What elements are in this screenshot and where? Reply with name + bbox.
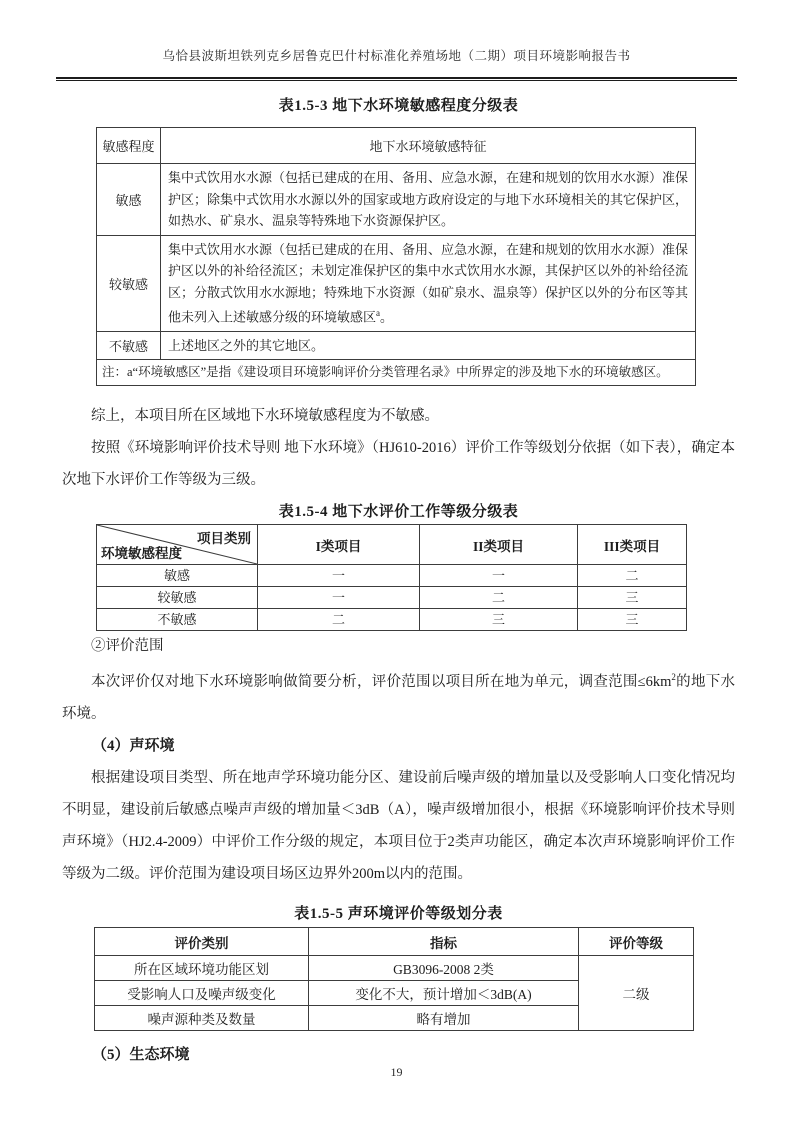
table-row: 敏感 一 一 二	[97, 565, 687, 587]
table-footnote: 注：a“环境敏感区”是指《建设项目环境影响评价分类管理名录》中所界定的涉及地下水…	[97, 360, 696, 386]
table-row: 注：a“环境敏感区”是指《建设项目环境影响评价分类管理名录》中所界定的涉及地下水…	[97, 360, 696, 386]
column-header-sensitivity-feature: 地下水环境敏感特征	[161, 128, 696, 164]
column-header-sensitivity-level: 敏感程度	[97, 128, 161, 164]
table-row: 较敏感 集中式饮用水水源（包括已建成的在用、备用、应急水源，在建和规划的饮用水水…	[97, 235, 696, 331]
grade-value: 二	[578, 565, 687, 587]
cell-level-sensitive: 敏感	[97, 164, 161, 236]
page-number: 19	[0, 1065, 793, 1080]
page-content: 表1.5-3 地下水环境敏感程度分级表 敏感程度 地下水环境敏感特征 敏感 集中…	[0, 94, 793, 1071]
grade-value: 二	[420, 587, 578, 609]
column-header-class-3: III类项目	[578, 525, 687, 565]
grade-value: 二	[258, 609, 420, 631]
table-153-title: 表1.5-3 地下水环境敏感程度分级表	[62, 94, 735, 115]
column-header-class-2: II类项目	[420, 525, 578, 565]
table-row: 敏感 集中式饮用水水源（包括已建成的在用、备用、应急水源，在建和规划的饮用水水源…	[97, 164, 696, 236]
table-row: 不敏感 上述地区之外的其它地区。	[97, 331, 696, 360]
grade-value: 一	[420, 565, 578, 587]
desc-text: 集中式饮用水水源（包括已建成的在用、备用、应急水源，在建和规划的饮用水水源）准保…	[168, 242, 688, 325]
grade-value: 三	[420, 609, 578, 631]
table-row: 较敏感 一 二 三	[97, 587, 687, 609]
column-header-grade: 评价等级	[579, 928, 694, 956]
grade-value: 一	[258, 565, 420, 587]
heading-acoustic-environment: （4）声环境	[62, 730, 735, 762]
table-154-title: 表1.5-4 地下水评价工作等级分级表	[62, 500, 735, 521]
paragraph-noise-grading: 根据建设项目类型、所在地声学环境功能分区、建设前后噪声级的增加量以及受影响人口变…	[62, 762, 735, 890]
cell-desc-less-sensitive: 集中式饮用水水源（包括已建成的在用、备用、应急水源，在建和规划的饮用水水源）准保…	[161, 235, 696, 331]
paragraph-summary: 综上，本项目所在区域地下水环境敏感程度为不敏感。	[62, 400, 735, 432]
table-row: 不敏感 二 三 三	[97, 609, 687, 631]
document-page: 乌恰县波斯坦铁列克乡居鲁克巴什村标准化养殖场地（二期）项目环境影响报告书 表1.…	[0, 0, 793, 1122]
grade-value: 三	[578, 587, 687, 609]
scope-text: 本次评价仅对地下水环境影响做简要分析，评价范围以项目所在地为单元，调查范围≤6k…	[91, 674, 671, 690]
column-header-class-1: I类项目	[258, 525, 420, 565]
paragraph-evaluation-scope: 本次评价仅对地下水环境影响做简要分析，评价范围以项目所在地为单元，调查范围≤6k…	[62, 661, 735, 730]
paragraph-grading-basis: 按照《环境影响评价技术导则 地下水环境》（HJ610-2016）评价工作等级划分…	[62, 432, 735, 496]
grade-value: 三	[578, 609, 687, 631]
diagonal-header-cell: 项目类别 环境敏感程度	[97, 525, 258, 565]
cell-category: 受影响人口及噪声级变化	[95, 981, 309, 1006]
table-155-title: 表1.5-5 声环境评价等级划分表	[62, 902, 735, 923]
cell-indicator: GB3096-2008 2类	[309, 956, 579, 981]
table-groundwater-grade: 项目类别 环境敏感程度 I类项目 II类项目 III类项目 敏感 一 一 二 较…	[96, 524, 687, 631]
table-row: 所在区域环境功能区划 GB3096-2008 2类 二级	[95, 956, 694, 981]
table-header-row: 评价类别 指标 评价等级	[95, 928, 694, 956]
cell-indicator: 略有增加	[309, 1006, 579, 1031]
grade-value: 一	[258, 587, 420, 609]
header-divider	[56, 77, 737, 81]
cell-desc-not-sensitive: 上述地区之外的其它地区。	[161, 331, 696, 360]
cell-desc-sensitive: 集中式饮用水水源（包括已建成的在用、备用、应急水源，在建和规划的饮用水水源）准保…	[161, 164, 696, 236]
cell-level-less-sensitive: 较敏感	[97, 235, 161, 331]
diagonal-label-project-type: 项目类别	[197, 527, 251, 547]
desc-text-end: 。	[380, 309, 393, 324]
cell-indicator: 变化不大，预计增加＜3dB(A)	[309, 981, 579, 1006]
table-noise-grade: 评价类别 指标 评价等级 所在区域环境功能区划 GB3096-2008 2类 二…	[94, 927, 694, 1031]
heading-evaluation-scope: ②评价范围	[62, 631, 735, 661]
cell-category: 噪声源种类及数量	[95, 1006, 309, 1031]
row-label: 敏感	[97, 565, 258, 587]
cell-grade-merged: 二级	[579, 956, 694, 1031]
table-groundwater-sensitivity: 敏感程度 地下水环境敏感特征 敏感 集中式饮用水水源（包括已建成的在用、备用、应…	[96, 127, 696, 386]
column-header-category: 评价类别	[95, 928, 309, 956]
row-label: 不敏感	[97, 609, 258, 631]
diagonal-label-sensitivity: 环境敏感程度	[101, 542, 182, 562]
cell-category: 所在区域环境功能区划	[95, 956, 309, 981]
column-header-indicator: 指标	[309, 928, 579, 956]
table-header-row: 项目类别 环境敏感程度 I类项目 II类项目 III类项目	[97, 525, 687, 565]
row-label: 较敏感	[97, 587, 258, 609]
report-header-title: 乌恰县波斯坦铁列克乡居鲁克巴什村标准化养殖场地（二期）项目环境影响报告书	[0, 0, 793, 64]
table-row: 敏感程度 地下水环境敏感特征	[97, 128, 696, 164]
cell-level-not-sensitive: 不敏感	[97, 331, 161, 360]
